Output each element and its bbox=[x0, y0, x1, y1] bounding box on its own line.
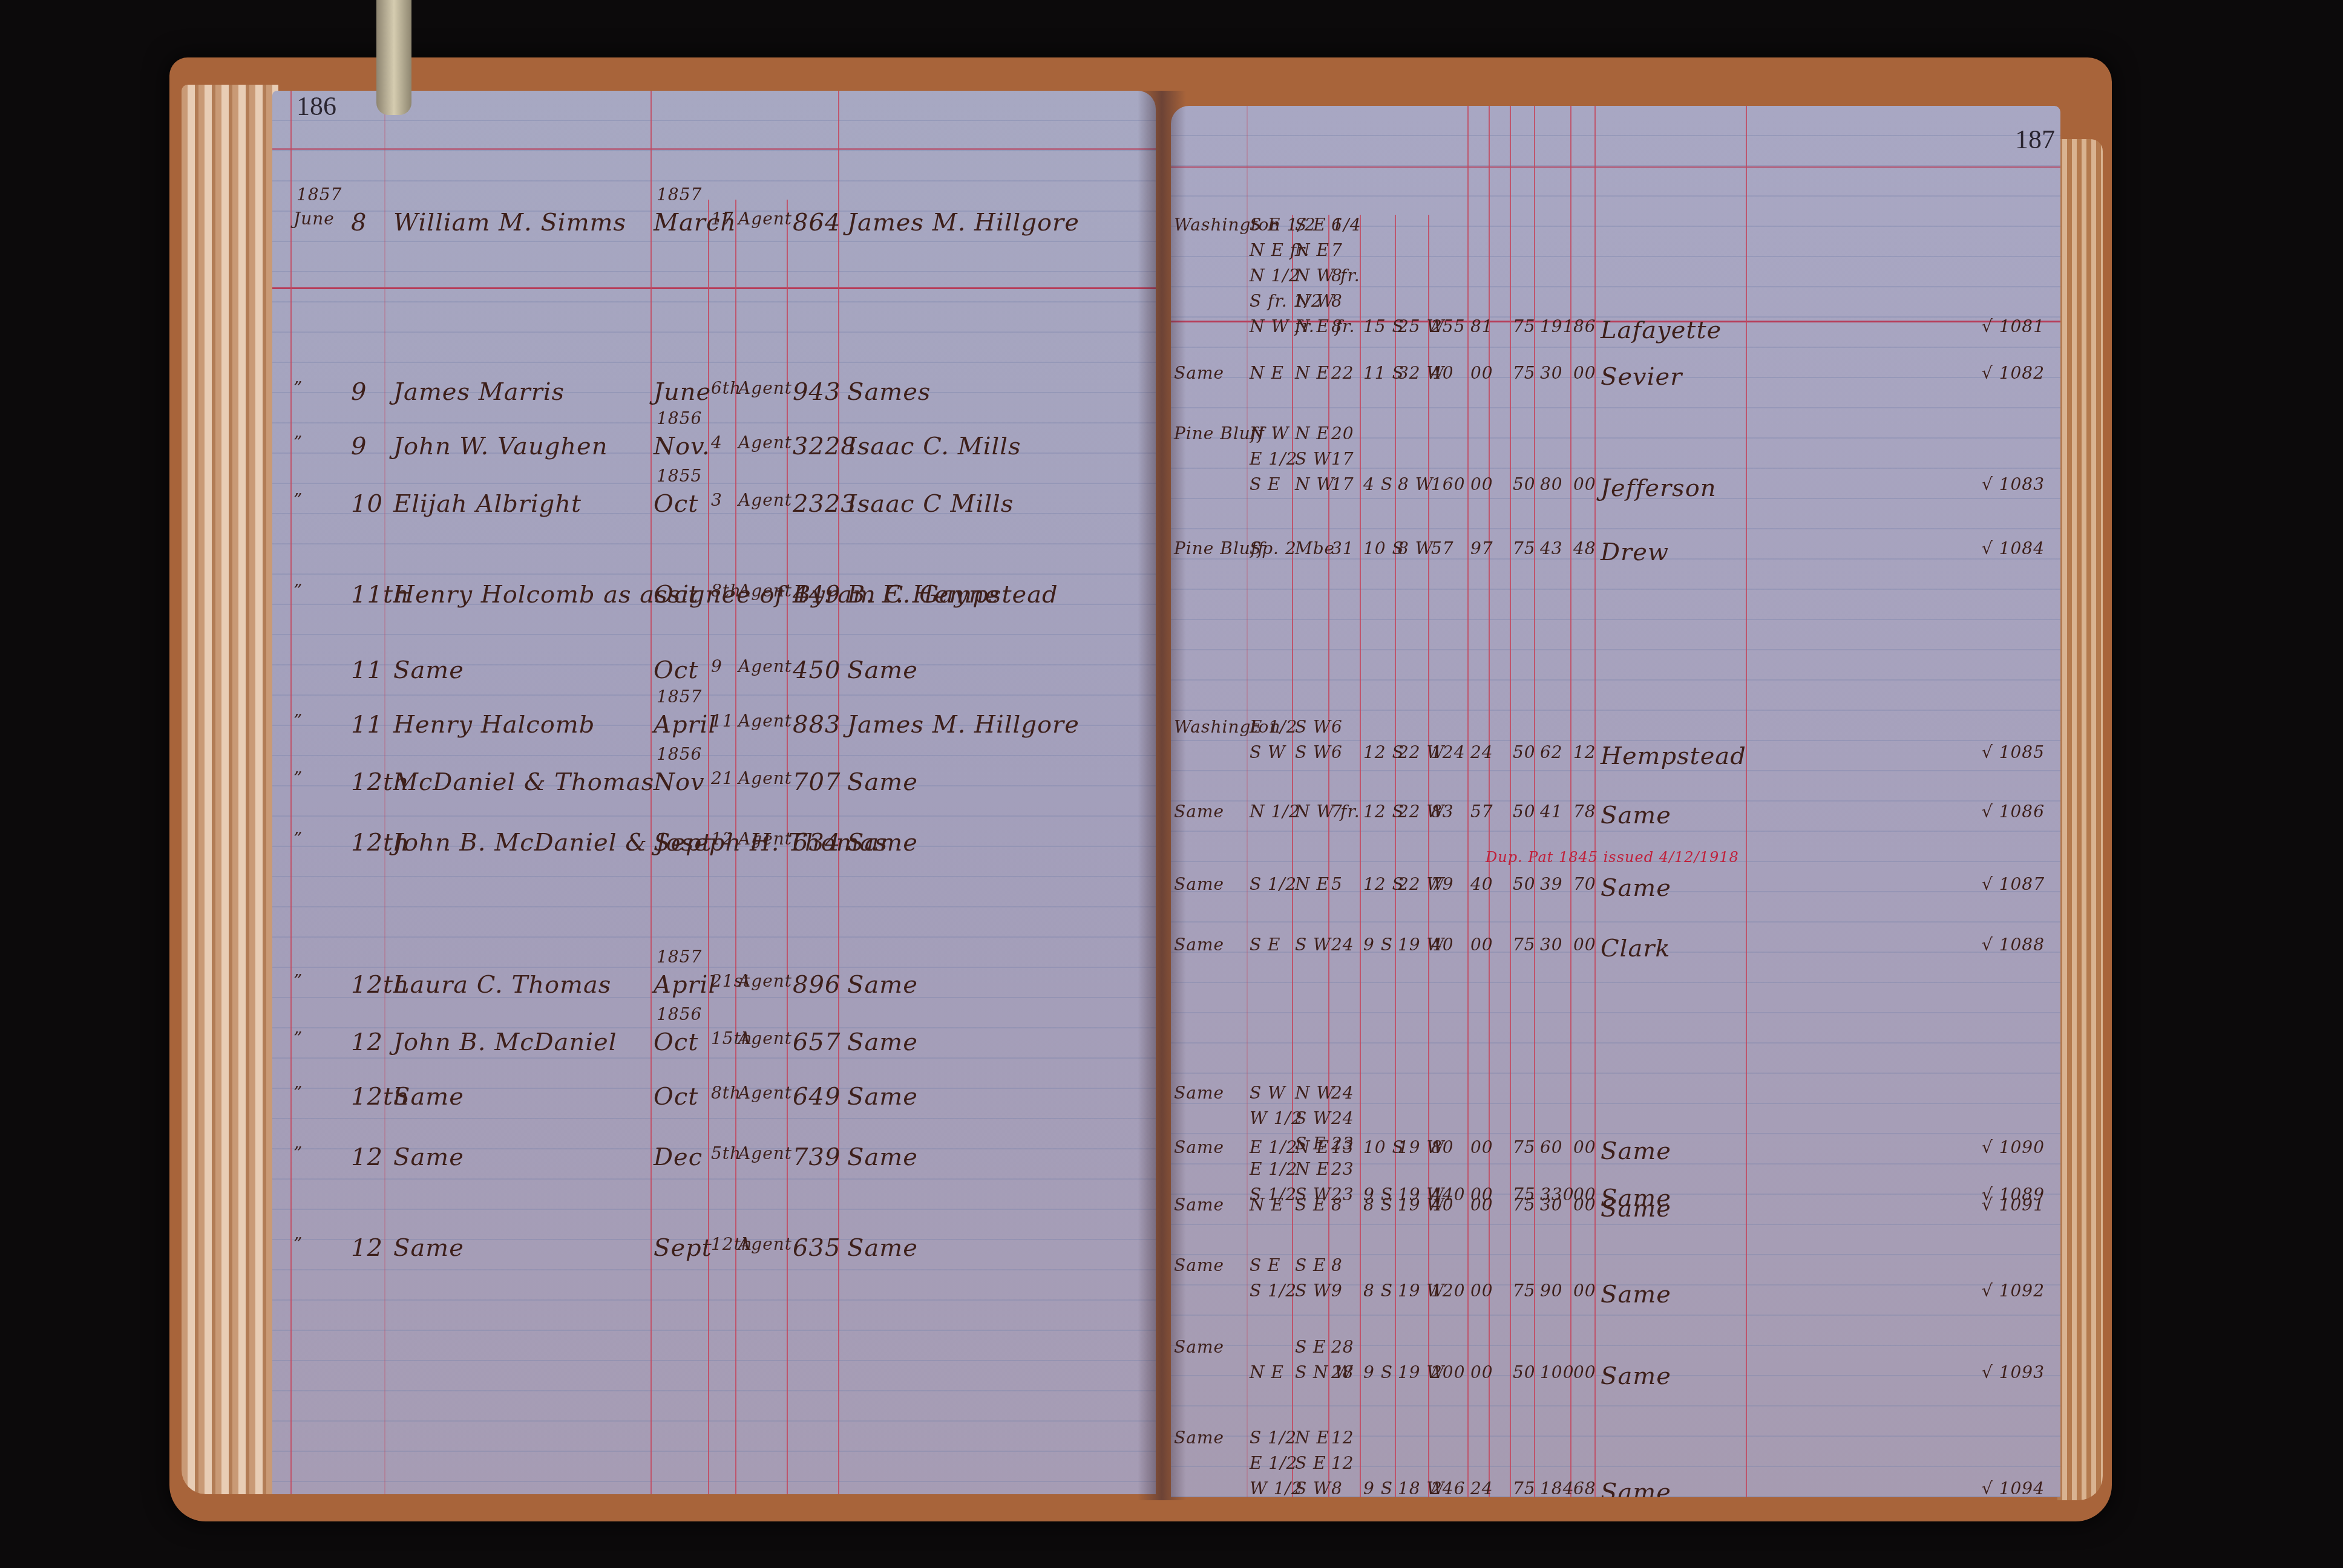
entry-day: 11 bbox=[351, 711, 383, 739]
issued-by: Agent bbox=[738, 1234, 792, 1254]
county: Sevier bbox=[1601, 363, 1682, 391]
quarter-section: S W bbox=[1295, 742, 1331, 762]
certificate-number: √ 1081 bbox=[1982, 316, 2045, 336]
issue-day: 8th bbox=[711, 581, 741, 601]
part-of-section: S E bbox=[1250, 474, 1281, 494]
issue-year: 1857 bbox=[657, 687, 702, 707]
entry-month: ” bbox=[293, 1234, 303, 1254]
amount-cents: 78 bbox=[1573, 802, 1596, 822]
certificate-number: √ 1084 bbox=[1982, 538, 2045, 558]
amount-cents: 00 bbox=[1573, 935, 1596, 955]
section-number: 8 bbox=[1331, 1478, 1343, 1497]
part-of-section: S E bbox=[1250, 935, 1281, 955]
amount-cents: 48 bbox=[1573, 538, 1596, 558]
acres-fraction: 81 bbox=[1470, 316, 1493, 336]
quarter-section: Mbe bbox=[1295, 538, 1335, 558]
price-per-acre: 75 bbox=[1513, 316, 1536, 336]
issue-month: Sept bbox=[654, 829, 712, 857]
part-of-section: N E bbox=[1250, 1195, 1284, 1215]
entry-name: Same bbox=[393, 1083, 464, 1111]
issued-by: Agent bbox=[738, 1083, 792, 1103]
issue-year: 1857 bbox=[657, 185, 702, 204]
issue-month: Sept bbox=[654, 1234, 712, 1262]
section-number: 5 bbox=[1331, 874, 1343, 894]
entry-month: June bbox=[293, 209, 335, 229]
section-number: 31 bbox=[1331, 538, 1354, 558]
issue-month: Nov bbox=[654, 768, 705, 796]
price-per-acre: 50 bbox=[1513, 802, 1536, 822]
page-edges-left bbox=[182, 85, 278, 1494]
issued-by: Agent bbox=[738, 209, 792, 229]
quarter-section: N E bbox=[1295, 1137, 1329, 1157]
issued-by: Agent bbox=[738, 656, 792, 676]
entry-name: Same bbox=[393, 1234, 464, 1262]
section-number: 12 bbox=[1331, 1428, 1354, 1448]
amount-cents: 00 bbox=[1573, 1281, 1596, 1301]
issue-day: 6th bbox=[711, 378, 741, 398]
acres: 200 bbox=[1431, 1362, 1465, 1382]
acres: 160 bbox=[1431, 474, 1465, 494]
entry-name: Elijah Albright bbox=[393, 490, 582, 518]
township: 9 S bbox=[1363, 1478, 1393, 1497]
part-of-section: Sp. 2 bbox=[1250, 538, 1297, 558]
certificate-number: √ 1094 bbox=[1982, 1478, 2045, 1497]
acres-fraction: 24 bbox=[1470, 742, 1493, 762]
entry-day: 12 bbox=[351, 1028, 383, 1056]
county: Jefferson bbox=[1601, 474, 1716, 502]
issue-month: June bbox=[654, 378, 711, 406]
section-number: 13 bbox=[1331, 1137, 1354, 1157]
part-of-section: S 1/2 bbox=[1250, 874, 1297, 894]
price-per-acre: 50 bbox=[1513, 1362, 1536, 1382]
entry-month: ” bbox=[293, 433, 303, 452]
certificate-number: √ 1087 bbox=[1982, 874, 2045, 894]
issue-year: 1856 bbox=[657, 408, 702, 428]
amount-dollars: 62 bbox=[1540, 742, 1563, 762]
acres-fraction: 00 bbox=[1470, 363, 1493, 383]
issued-by: Agent bbox=[738, 829, 792, 849]
entry-number: 634 bbox=[793, 829, 841, 857]
agent-name: Same bbox=[847, 829, 918, 857]
entry-number: 657 bbox=[793, 1028, 841, 1056]
township: 8 S bbox=[1363, 1195, 1393, 1215]
entry-month: ” bbox=[293, 378, 303, 398]
certificate-number: √ 1085 bbox=[1982, 742, 2045, 762]
part-of-section: S W bbox=[1250, 742, 1286, 762]
agent-name: Isaac C. Mills bbox=[847, 433, 1021, 460]
issue-month: April bbox=[654, 711, 716, 739]
part-of-section: N 1/2 bbox=[1250, 802, 1300, 822]
price-per-acre: 75 bbox=[1513, 1478, 1536, 1497]
metal-clip bbox=[376, 0, 411, 115]
county: Same bbox=[1601, 1362, 1671, 1390]
acres: 83 bbox=[1431, 802, 1454, 822]
county: Same bbox=[1601, 1281, 1671, 1308]
acres: 40 bbox=[1431, 363, 1454, 383]
issue-month: Oct bbox=[654, 1083, 698, 1111]
part-of-section: E 1/2 bbox=[1250, 449, 1297, 469]
acres-fraction: 00 bbox=[1470, 935, 1493, 955]
issue-month: Oct bbox=[654, 1028, 698, 1056]
issue-day: 9 bbox=[711, 656, 723, 676]
acres: 124 bbox=[1431, 742, 1465, 762]
entry-number: 864 bbox=[793, 209, 841, 237]
amount-cents: 00 bbox=[1573, 1137, 1596, 1157]
quarter-section: N W fr. bbox=[1295, 266, 1360, 286]
county: Same bbox=[1601, 1478, 1671, 1497]
part-of-section: N E bbox=[1250, 363, 1284, 383]
entry-name: John B. McDaniel bbox=[393, 1028, 617, 1056]
entry-number: 707 bbox=[793, 768, 841, 796]
acres-fraction: 00 bbox=[1470, 1281, 1493, 1301]
column-line bbox=[1292, 215, 1293, 1497]
column-line bbox=[1395, 215, 1396, 1497]
acres: 255 bbox=[1431, 316, 1465, 336]
acres-fraction: 00 bbox=[1470, 1362, 1493, 1382]
price-per-acre: 75 bbox=[1513, 935, 1536, 955]
issue-day: 8th bbox=[711, 1083, 741, 1103]
column-line bbox=[1510, 106, 1511, 1497]
agent-name: James M. Hillgore bbox=[847, 209, 1080, 237]
issue-day: 3 bbox=[711, 490, 723, 510]
entry-name: McDaniel & Thomas bbox=[393, 768, 654, 796]
issue-year: 1855 bbox=[657, 466, 702, 486]
section-number: 22 bbox=[1331, 363, 1354, 383]
section-number: 24 bbox=[1331, 1083, 1354, 1103]
issued-by: Agent bbox=[738, 378, 792, 398]
acres: 246 bbox=[1431, 1478, 1465, 1497]
amount-dollars: 30 bbox=[1540, 363, 1563, 383]
entry-month: ” bbox=[293, 971, 303, 991]
part-of-section: S E bbox=[1250, 1255, 1281, 1275]
issue-day: 11 bbox=[711, 711, 734, 731]
issue-day: 4 bbox=[711, 433, 723, 452]
acres: 80 bbox=[1431, 1137, 1454, 1157]
section-number: 6 bbox=[1331, 742, 1343, 762]
acres: 40 bbox=[1431, 935, 1454, 955]
quarter-section: S E bbox=[1295, 1255, 1326, 1275]
section-number: 6 bbox=[1331, 215, 1343, 235]
entry-number: 449 bbox=[793, 581, 841, 609]
agent-name: Same bbox=[847, 1234, 918, 1262]
section-number: 24 bbox=[1331, 935, 1354, 955]
amount-cents: 00 bbox=[1573, 474, 1596, 494]
part-of-section: E 1/2 bbox=[1250, 717, 1297, 737]
part-of-section: N E bbox=[1250, 1362, 1284, 1382]
entry-number: 649 bbox=[793, 1083, 841, 1111]
township: 9 S bbox=[1363, 935, 1393, 955]
quarter-section: S W bbox=[1295, 1478, 1331, 1497]
column-line bbox=[1360, 215, 1361, 1497]
county: Same bbox=[1601, 1195, 1671, 1223]
margin-line bbox=[290, 91, 292, 1494]
amount-dollars: 30 bbox=[1540, 1195, 1563, 1215]
section-number: 8 bbox=[1331, 266, 1343, 286]
agent-name: James M. Hillgore bbox=[847, 711, 1080, 739]
quarter-section: S E bbox=[1295, 1453, 1326, 1473]
entry-month: ” bbox=[293, 1083, 303, 1103]
quarter-section: N E bbox=[1295, 1428, 1329, 1448]
county: Same bbox=[1601, 1137, 1671, 1165]
quarter-section: N E bbox=[1295, 423, 1329, 443]
certificate-number: √ 1091 bbox=[1982, 1195, 2045, 1215]
issue-year: 1856 bbox=[657, 1004, 702, 1024]
entry-name: Same bbox=[393, 656, 464, 684]
agent-name: Same bbox=[847, 656, 918, 684]
amount-dollars: 30 bbox=[1540, 935, 1563, 955]
entry-day: 12 bbox=[351, 1234, 383, 1262]
issue-month: Oct bbox=[654, 581, 698, 609]
entry-month: ” bbox=[293, 711, 303, 731]
amount-dollars: 184 bbox=[1540, 1478, 1574, 1497]
entry-day: 9 bbox=[351, 433, 367, 460]
section-number: 7 bbox=[1331, 240, 1343, 260]
acres: 120 bbox=[1431, 1281, 1465, 1301]
entry-name: Same bbox=[393, 1143, 464, 1171]
amount-dollars: 80 bbox=[1540, 474, 1563, 494]
certificate-number: √ 1088 bbox=[1982, 935, 2045, 955]
entry-name: Henry Halcomb bbox=[393, 711, 595, 739]
part-of-section: E 1/2 bbox=[1250, 1159, 1297, 1179]
section-number: 7 bbox=[1331, 802, 1343, 822]
section-number: 8 bbox=[1331, 316, 1343, 336]
entry-month: ” bbox=[293, 1028, 303, 1048]
amount-dollars: 39 bbox=[1540, 874, 1563, 894]
county: Clark bbox=[1601, 935, 1671, 962]
entry-day: 10 bbox=[351, 490, 383, 518]
quarter-section: N E bbox=[1295, 1159, 1329, 1179]
issued-by: Agent bbox=[738, 971, 792, 991]
entry-year: 1857 bbox=[297, 185, 342, 204]
red-annotation: Dup. Pat 1845 issued 4/12/1918 bbox=[1486, 849, 1739, 866]
entry-month: ” bbox=[293, 490, 303, 510]
part-of-section: S 1/2 bbox=[1250, 1281, 1297, 1301]
agent-name: Same bbox=[847, 971, 918, 999]
quarter-section: S W bbox=[1295, 1108, 1331, 1128]
agent-name: Same bbox=[847, 1143, 918, 1171]
issue-month: April bbox=[654, 971, 716, 999]
section-number: 17 bbox=[1331, 449, 1354, 469]
section-number: 8 bbox=[1331, 291, 1343, 311]
page-edges-right bbox=[2057, 139, 2103, 1500]
agent-name: Sames bbox=[847, 378, 931, 406]
column-line bbox=[1570, 106, 1571, 1497]
acres-fraction: 00 bbox=[1470, 474, 1493, 494]
amount-cents: 12 bbox=[1573, 742, 1596, 762]
part-of-section: E 1/2 bbox=[1250, 1453, 1297, 1473]
section-number: 20 bbox=[1331, 423, 1354, 443]
entry-name: Laura C. Thomas bbox=[393, 971, 611, 999]
acres-fraction: 24 bbox=[1470, 1478, 1493, 1497]
price-per-acre: 75 bbox=[1513, 1195, 1536, 1215]
entry-number: 943 bbox=[793, 378, 841, 406]
issue-year: 1856 bbox=[657, 744, 702, 764]
amount-dollars: 191 bbox=[1540, 316, 1574, 336]
quarter-section: S W bbox=[1295, 935, 1331, 955]
acres-fraction: 00 bbox=[1470, 1195, 1493, 1215]
entry-number: 450 bbox=[793, 656, 841, 684]
issued-by: Agent bbox=[738, 581, 792, 601]
entry-name: James Marris bbox=[393, 378, 565, 406]
certificate-number: √ 1083 bbox=[1982, 474, 2045, 494]
section-number: 28 bbox=[1331, 1337, 1354, 1357]
issue-month: Nov. bbox=[654, 433, 710, 460]
quarter-section: N W fr. bbox=[1295, 802, 1360, 822]
entry-number: 883 bbox=[793, 711, 841, 739]
acres-fraction: 00 bbox=[1470, 1137, 1493, 1157]
amount-cents: 00 bbox=[1573, 1362, 1596, 1382]
amount-cents: 00 bbox=[1573, 363, 1596, 383]
amount-cents: 86 bbox=[1573, 316, 1596, 336]
certificate-number: √ 1082 bbox=[1982, 363, 2045, 383]
amount-dollars: 100 bbox=[1540, 1362, 1574, 1382]
entry-number: 896 bbox=[793, 971, 841, 999]
acres-fraction: 57 bbox=[1470, 802, 1493, 822]
issued-by: Agent bbox=[738, 1143, 792, 1163]
quarter-section: S E bbox=[1295, 1195, 1326, 1215]
section-number: 12 bbox=[1331, 1453, 1354, 1473]
agent-name: Isaac C Mills bbox=[847, 490, 1014, 518]
book-gutter bbox=[1138, 91, 1186, 1500]
issue-month: Dec bbox=[654, 1143, 703, 1171]
column-line bbox=[1467, 106, 1469, 1497]
price-per-acre: 75 bbox=[1513, 538, 1536, 558]
amount-dollars: 90 bbox=[1540, 1281, 1563, 1301]
entry-day: 9 bbox=[351, 378, 367, 406]
section-number: 28 bbox=[1331, 1362, 1354, 1382]
quarter-section: S W bbox=[1295, 1281, 1331, 1301]
quarter-section: N W bbox=[1295, 1083, 1334, 1103]
amount-cents: 70 bbox=[1573, 874, 1596, 894]
part-of-section: N W bbox=[1250, 423, 1289, 443]
column-header-rule bbox=[272, 287, 1156, 289]
acres: 79 bbox=[1431, 874, 1454, 894]
page-number-right: 187 bbox=[2015, 124, 2055, 155]
entry-day: 11 bbox=[351, 656, 383, 684]
issued-by: Agent bbox=[738, 490, 792, 510]
quarter-section: S E bbox=[1295, 1337, 1326, 1357]
header-rule bbox=[1171, 166, 2060, 168]
range: 8 W bbox=[1398, 538, 1434, 558]
amount-cents: 68 bbox=[1573, 1478, 1596, 1497]
issued-by: Agent bbox=[738, 711, 792, 731]
township: 8 S bbox=[1363, 1281, 1393, 1301]
section-number: 24 bbox=[1331, 1108, 1354, 1128]
entry-month: ” bbox=[293, 829, 303, 849]
part-of-section: E 1/2 bbox=[1250, 1137, 1297, 1157]
issue-month: Oct bbox=[654, 490, 698, 518]
page-number-left: 186 bbox=[297, 91, 336, 122]
header-rule bbox=[272, 148, 1156, 150]
township: 9 S bbox=[1363, 1362, 1393, 1382]
issue-day: 21 bbox=[711, 768, 734, 788]
county: Drew bbox=[1601, 538, 1669, 566]
entry-name: William M. Simms bbox=[393, 209, 626, 237]
right-page: 187 WashingtonS E 1/2S E 1/46N E fr.N E7… bbox=[1171, 106, 2060, 1497]
issued-by: Agent bbox=[738, 768, 792, 788]
left-page: 186 1857June8William M. Simms1857March17… bbox=[272, 91, 1156, 1494]
entry-month: ” bbox=[293, 768, 303, 788]
column-line bbox=[1328, 215, 1329, 1497]
price-per-acre: 75 bbox=[1513, 1281, 1536, 1301]
amount-cents: 00 bbox=[1573, 1195, 1596, 1215]
section-number: 9 bbox=[1331, 1281, 1343, 1301]
amount-dollars: 60 bbox=[1540, 1137, 1563, 1157]
section-number: 8 bbox=[1331, 1255, 1343, 1275]
price-per-acre: 50 bbox=[1513, 474, 1536, 494]
quarter-section: N E bbox=[1295, 874, 1329, 894]
quarter-section: S E 1/4 bbox=[1295, 215, 1361, 235]
certificate-number: √ 1092 bbox=[1982, 1281, 2045, 1301]
price-per-acre: 50 bbox=[1513, 742, 1536, 762]
certificate-number: √ 1086 bbox=[1982, 802, 2045, 822]
county: Same bbox=[1601, 874, 1671, 902]
issued-by: Agent bbox=[738, 1028, 792, 1048]
certificate-number: √ 1093 bbox=[1982, 1362, 2045, 1382]
issue-day: 5th bbox=[711, 1143, 741, 1163]
entry-number: 635 bbox=[793, 1234, 841, 1262]
quarter-section: N W bbox=[1295, 291, 1334, 311]
issue-year: 1857 bbox=[657, 947, 702, 967]
range: 8 W bbox=[1398, 474, 1434, 494]
acres-fraction: 40 bbox=[1470, 874, 1493, 894]
price-per-acre: 50 bbox=[1513, 874, 1536, 894]
township: 4 S bbox=[1363, 474, 1393, 494]
quarter-section: S W bbox=[1295, 449, 1331, 469]
acres-fraction: 97 bbox=[1470, 538, 1493, 558]
acres: 40 bbox=[1431, 1195, 1454, 1215]
section-number: 6 bbox=[1331, 717, 1343, 737]
county: Lafayette bbox=[1601, 316, 1722, 344]
quarter-section: N W bbox=[1295, 474, 1334, 494]
issue-month: Oct bbox=[654, 656, 698, 684]
quarter-section: N E fr. bbox=[1295, 316, 1355, 336]
column-line bbox=[1428, 215, 1429, 1497]
issue-day: 12 bbox=[711, 829, 734, 849]
entry-day: 8 bbox=[351, 209, 367, 237]
entry-month: ” bbox=[293, 1143, 303, 1163]
amount-dollars: 41 bbox=[1540, 802, 1563, 822]
certificate-number: √ 1090 bbox=[1982, 1137, 2045, 1157]
part-of-section: S 1/2 bbox=[1250, 1428, 1297, 1448]
quarter-section: S W bbox=[1295, 717, 1331, 737]
amount-dollars: 43 bbox=[1540, 538, 1563, 558]
section-number: 23 bbox=[1331, 1159, 1354, 1179]
issue-day: 17 bbox=[711, 209, 734, 229]
entry-name: John W. Vaughen bbox=[393, 433, 608, 460]
part-of-section: N 1/2 bbox=[1250, 266, 1300, 286]
county: Hempstead bbox=[1601, 742, 1746, 770]
county: Same bbox=[1601, 802, 1671, 829]
issued-by: Agent bbox=[738, 433, 792, 452]
agent-name: Same bbox=[847, 1028, 918, 1056]
column-line bbox=[1746, 106, 1747, 1497]
section-number: 8 bbox=[1331, 1195, 1343, 1215]
quarter-section: N E bbox=[1295, 363, 1329, 383]
agent-name: B. F. Hempstead bbox=[847, 581, 1058, 609]
entry-month: ” bbox=[293, 581, 303, 601]
section-number: 17 bbox=[1331, 474, 1354, 494]
column-line bbox=[1247, 106, 1248, 1497]
agent-name: Same bbox=[847, 768, 918, 796]
quarter-section: N E bbox=[1295, 240, 1329, 260]
entry-number: 739 bbox=[793, 1143, 841, 1171]
price-per-acre: 75 bbox=[1513, 363, 1536, 383]
agent-name: Same bbox=[847, 1083, 918, 1111]
price-per-acre: 75 bbox=[1513, 1137, 1536, 1157]
acres: 57 bbox=[1431, 538, 1454, 558]
entry-day: 12 bbox=[351, 1143, 383, 1171]
